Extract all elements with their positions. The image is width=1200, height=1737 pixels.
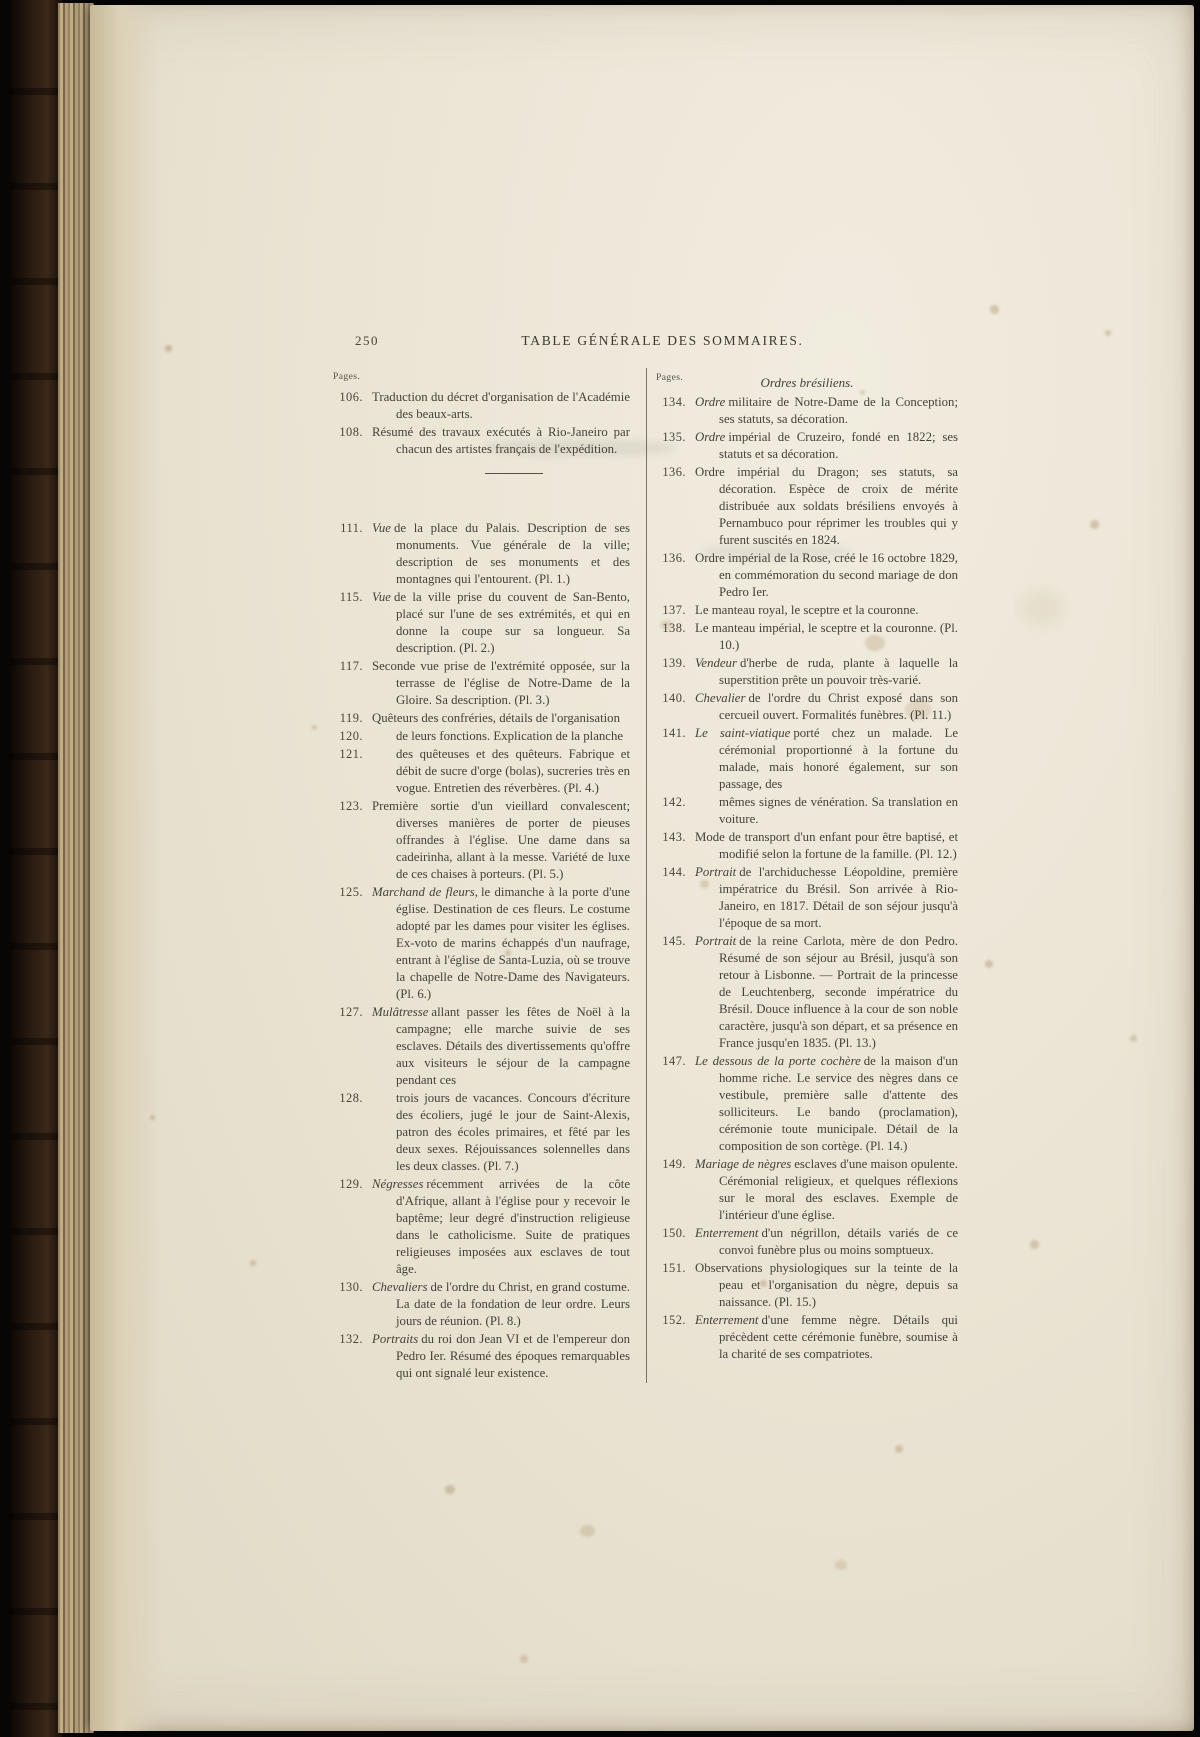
- entry-page-number: 127.: [333, 1004, 372, 1089]
- entry-body: mêmes signes de vénération. Sa translati…: [719, 795, 958, 826]
- toc-entry: 111. Vuede la place du Palais. Descripti…: [333, 520, 630, 588]
- entry-lead: Ordre: [695, 430, 725, 444]
- toc-entry: 142. mêmes signes de vénération. Sa tran…: [656, 794, 958, 828]
- entry-page-number: 145.: [656, 933, 695, 1052]
- toc-entry: 149. Mariage de nègresesclaves d'une mai…: [656, 1156, 958, 1224]
- entry-lead: Vendeur: [695, 656, 737, 670]
- toc-entry: 121. des quêteuses et des quêteurs. Fabr…: [333, 746, 630, 797]
- entry-body: de la ville prise du couvent de San-Bent…: [394, 590, 630, 655]
- stain: [1130, 1035, 1137, 1042]
- left-entries-top: 106. Traduction du décret d'organisation…: [333, 389, 630, 458]
- entry-text: Marchand de fleurs,le dimanche à la port…: [372, 884, 630, 1003]
- entry-body: de la maison d'un homme riche. Le servic…: [719, 1054, 958, 1153]
- right-column-header: Pages. Ordres brésiliens.: [656, 368, 958, 394]
- toc-entry: 127. Mulâtresseallant passer les fêtes d…: [333, 1004, 630, 1089]
- entry-lead: Vue: [372, 590, 391, 604]
- toc-entry: 145. Portraitde la reine Carlota, mère d…: [656, 933, 958, 1052]
- entry-text: Le saint-viatiqueporté chez un malade. L…: [695, 725, 958, 793]
- entry-body: Le manteau royal, le sceptre et la couro…: [695, 603, 918, 617]
- entry-page-number: 137.: [656, 602, 695, 619]
- entry-page-number: 152.: [656, 1312, 695, 1363]
- toc-entry: 134. Ordremilitaire de Notre-Dame de la …: [656, 394, 958, 428]
- entry-text: Ordre impérial de la Rose, créé le 16 oc…: [695, 550, 958, 601]
- entry-text: Quêteurs des confréries, détails de l'or…: [372, 710, 630, 727]
- entry-body: le dimanche à la porte d'une église. Des…: [396, 885, 630, 1001]
- entry-body: de l'archiduchesse Léopoldine, première …: [719, 865, 958, 930]
- entry-page-number: 115.: [333, 589, 372, 657]
- entry-page-number: 150.: [656, 1225, 695, 1259]
- entry-body: Observations physiologiques sur la teint…: [695, 1261, 958, 1309]
- entry-body: impérial de Cruzeiro, fondé en 1822; ses…: [719, 430, 958, 461]
- toc-entry: 132. Portraitsdu roi don Jean VI et de l…: [333, 1331, 630, 1382]
- entry-text: des quêteuses et des quêteurs. Fabrique …: [372, 746, 630, 797]
- entry-lead: Portrait: [695, 865, 736, 879]
- toc-entry: 136. Ordre impérial de la Rose, créé le …: [656, 550, 958, 601]
- toc-entry: 143. Mode de transport d'un enfant pour …: [656, 829, 958, 863]
- entry-body: de leurs fonctions. Explication de la pl…: [396, 729, 623, 743]
- entry-text: Le dessous de la porte cochèrede la mais…: [695, 1053, 958, 1155]
- page-header: 250 TABLE GÉNÉRALE DES SOMMAIRES.: [333, 323, 958, 366]
- entry-text: Le manteau impérial, le sceptre et la co…: [695, 620, 958, 654]
- stain: [150, 1115, 155, 1120]
- toc-entry: 144. Portraitde l'archiduchesse Léopoldi…: [656, 864, 958, 932]
- entry-body: Ordre impérial de la Rose, créé le 16 oc…: [695, 551, 958, 599]
- entry-page-number: 120.: [333, 728, 372, 745]
- entry-text: Observations physiologiques sur la teint…: [695, 1260, 958, 1311]
- entry-page-number: 106.: [333, 389, 372, 423]
- toc-entry: 151. Observations physiologiques sur la …: [656, 1260, 958, 1311]
- stain: [312, 725, 317, 730]
- toc-entry: 139. Vendeurd'herbe de ruda, plante à la…: [656, 655, 958, 689]
- entry-text: Le manteau royal, le sceptre et la couro…: [695, 602, 958, 619]
- entry-lead: Le saint-viatique: [695, 726, 790, 740]
- folio-number: 250: [355, 332, 379, 349]
- entry-text: Ordre impérial du Dragon; ses statuts, s…: [695, 464, 958, 549]
- entry-body: d'herbe de ruda, plante à laquelle la su…: [719, 656, 958, 687]
- stain: [1020, 590, 1064, 626]
- right-entries: 134. Ordremilitaire de Notre-Dame de la …: [656, 394, 958, 1363]
- toc-entry: 138. Le manteau impérial, le sceptre et …: [656, 620, 958, 654]
- toc-entry: 140. Chevalierde l'ordre du Christ expos…: [656, 690, 958, 724]
- entry-text: Vuede la place du Palais. Description de…: [372, 520, 630, 588]
- toc-entry: 130. Chevaliersde l'ordre du Christ, en …: [333, 1279, 630, 1330]
- toc-entry: 137. Le manteau royal, le sceptre et la …: [656, 602, 958, 619]
- toc-entry: 106. Traduction du décret d'organisation…: [333, 389, 630, 423]
- entry-text: Chevalierde l'ordre du Christ exposé dan…: [695, 690, 958, 724]
- entry-page-number: 125.: [333, 884, 372, 1003]
- toc-entry: 150. Enterrementd'un négrillon, détails …: [656, 1225, 958, 1259]
- entry-page-number: 141.: [656, 725, 695, 793]
- entry-text: Mode de transport d'un enfant pour être …: [695, 829, 958, 863]
- entry-page-number: 142.: [656, 794, 695, 828]
- left-column: Pages. 106. Traduction du décret d'organ…: [333, 368, 630, 1383]
- entry-body: de l'ordre du Christ, en grand costume. …: [396, 1280, 630, 1328]
- stain: [580, 1525, 595, 1537]
- running-title: TABLE GÉNÉRALE DES SOMMAIRES.: [333, 332, 958, 349]
- entry-body: Mode de transport d'un enfant pour être …: [695, 830, 958, 861]
- toc-entry: 152. Enterrementd'une femme nègre. Détai…: [656, 1312, 958, 1363]
- entry-lead: Mariage de nègres: [695, 1157, 791, 1171]
- entry-lead: Le dessous de la porte cochère: [695, 1054, 861, 1068]
- entry-page-number: 140.: [656, 690, 695, 724]
- entry-body: Seconde vue prise de l'extrémité opposée…: [372, 659, 630, 707]
- entry-body: militaire de Notre-Dame de la Conception…: [719, 395, 958, 426]
- entry-text: trois jours de vacances. Concours d'écri…: [372, 1090, 630, 1175]
- toc-entry: 136. Ordre impérial du Dragon; ses statu…: [656, 464, 958, 549]
- entry-text: Ordremilitaire de Notre-Dame de la Conce…: [695, 394, 958, 428]
- toc-entry: 135. Ordreimpérial de Cruzeiro, fondé en…: [656, 429, 958, 463]
- entry-page-number: 121.: [333, 746, 372, 797]
- entry-text: Chevaliersde l'ordre du Christ, en grand…: [372, 1279, 630, 1330]
- stain: [1090, 520, 1099, 529]
- entry-text: Mariage de nègresesclaves d'une maison o…: [695, 1156, 958, 1224]
- entry-body: de l'ordre du Christ exposé dans son cer…: [719, 691, 958, 722]
- stain: [985, 960, 993, 968]
- toc-entry: 117. Seconde vue prise de l'extrémité op…: [333, 658, 630, 709]
- toc-entry: 141. Le saint-viatiqueporté chez un mala…: [656, 725, 958, 793]
- entry-text: Enterrementd'une femme nègre. Détails qu…: [695, 1312, 958, 1363]
- entry-lead: Mulâtresse: [372, 1005, 428, 1019]
- entry-text: Portraitsdu roi don Jean VI et de l'empe…: [372, 1331, 630, 1382]
- toc-entry: 123. Première sortie d'un vieillard conv…: [333, 798, 630, 883]
- entry-body: Première sortie d'un vieillard convalesc…: [372, 799, 630, 881]
- entry-body: des quêteuses et des quêteurs. Fabrique …: [396, 747, 630, 795]
- entry-text: Mulâtresseallant passer les fêtes de Noë…: [372, 1004, 630, 1089]
- entry-page-number: 123.: [333, 798, 372, 883]
- entry-lead: Chevalier: [695, 691, 745, 705]
- entry-page-number: 139.: [656, 655, 695, 689]
- entry-page-number: 144.: [656, 864, 695, 932]
- entry-body: Ordre impérial du Dragon; ses statuts, s…: [695, 465, 958, 547]
- entry-body: Traduction du décret d'organisation de l…: [372, 390, 630, 421]
- entry-lead: Enterrement: [695, 1313, 759, 1327]
- entry-page-number: 135.: [656, 429, 695, 463]
- toc-entry: 125. Marchand de fleurs,le dimanche à la…: [333, 884, 630, 1003]
- entry-text: Enterrementd'un négrillon, détails varié…: [695, 1225, 958, 1259]
- entry-body: du roi don Jean VI et de l'empereur don …: [396, 1332, 630, 1380]
- entry-text: Traduction du décret d'organisation de l…: [372, 389, 630, 423]
- right-column: Pages. Ordres brésiliens. 134. Ordremili…: [656, 368, 958, 1383]
- section-rule: [485, 473, 543, 474]
- entry-text: de leurs fonctions. Explication de la pl…: [372, 728, 630, 745]
- entry-body: Le manteau impérial, le sceptre et la co…: [695, 621, 958, 652]
- entry-page-number: 119.: [333, 710, 372, 727]
- entry-page-number: 111.: [333, 520, 372, 588]
- column-divider: [646, 368, 647, 1383]
- toc-entry: 119. Quêteurs des confréries, détails de…: [333, 710, 630, 727]
- stain: [990, 305, 999, 314]
- entry-page-number: 117.: [333, 658, 372, 709]
- stain: [520, 1655, 528, 1663]
- entry-lead: Enterrement: [695, 1226, 759, 1240]
- stain: [1105, 330, 1111, 336]
- book-page: 250 TABLE GÉNÉRALE DES SOMMAIRES. Pages.…: [90, 5, 1194, 1731]
- page-content: 250 TABLE GÉNÉRALE DES SOMMAIRES. Pages.…: [333, 323, 958, 1383]
- pages-label-left: Pages.: [333, 368, 630, 385]
- entry-page-number: 143.: [656, 829, 695, 863]
- entry-text: Portraitde l'archiduchesse Léopoldine, p…: [695, 864, 958, 932]
- entry-page-number: 138.: [656, 620, 695, 654]
- entry-page-number: 147.: [656, 1053, 695, 1155]
- entry-page-number: 128.: [333, 1090, 372, 1175]
- entry-lead: Chevaliers: [372, 1280, 427, 1294]
- book-spine: [10, 0, 62, 1737]
- entry-page-number: 132.: [333, 1331, 372, 1382]
- entry-lead: Portraits: [372, 1332, 418, 1346]
- toc-entry: 128. trois jours de vacances. Concours d…: [333, 1090, 630, 1175]
- entry-text: Première sortie d'un vieillard convalesc…: [372, 798, 630, 883]
- entry-lead: Vue: [372, 521, 391, 535]
- entry-page-number: 108.: [333, 424, 372, 458]
- stain: [165, 345, 172, 352]
- entry-lead: Ordre: [695, 395, 725, 409]
- entry-lead: Marchand de fleurs,: [372, 885, 478, 899]
- entry-body: récemment arrivées de la côte d'Afrique,…: [396, 1177, 630, 1276]
- entry-page-number: 130.: [333, 1279, 372, 1330]
- entry-lead: Portrait: [695, 934, 736, 948]
- left-entries: 111. Vuede la place du Palais. Descripti…: [333, 520, 630, 1382]
- entry-text: Négressesrécemment arrivées de la côte d…: [372, 1176, 630, 1278]
- entry-text: Résumé des travaux exécutés à Rio-Janeir…: [372, 424, 630, 458]
- entry-body: de la reine Carlota, mère de don Pedro. …: [719, 934, 958, 1050]
- toc-entry: 129. Négressesrécemment arrivées de la c…: [333, 1176, 630, 1278]
- entry-text: Vendeurd'herbe de ruda, plante à laquell…: [695, 655, 958, 689]
- entry-body: trois jours de vacances. Concours d'écri…: [396, 1091, 630, 1173]
- toc-columns: Pages. 106. Traduction du décret d'organ…: [333, 368, 958, 1383]
- entry-text: Vuede la ville prise du couvent de San-B…: [372, 589, 630, 657]
- stain: [250, 1260, 256, 1266]
- entry-text: Seconde vue prise de l'extrémité opposée…: [372, 658, 630, 709]
- stain: [895, 1445, 903, 1453]
- toc-entry: 147. Le dessous de la porte cochèrede la…: [656, 1053, 958, 1155]
- entry-page-number: 151.: [656, 1260, 695, 1311]
- section-heading: Ordres brésiliens.: [656, 374, 958, 391]
- entry-page-number: 129.: [333, 1176, 372, 1278]
- gutter-shadow: [90, 5, 162, 1731]
- stacked-page-edges: [58, 3, 94, 1733]
- entry-text: mêmes signes de vénération. Sa translati…: [695, 794, 958, 828]
- toc-entry: 115. Vuede la ville prise du couvent de …: [333, 589, 630, 657]
- entry-page-number: 134.: [656, 394, 695, 428]
- stain: [835, 1560, 847, 1570]
- entry-text: Portraitde la reine Carlota, mère de don…: [695, 933, 958, 1052]
- entry-body: Quêteurs des confréries, détails de l'or…: [372, 711, 620, 725]
- entry-page-number: 136.: [656, 550, 695, 601]
- stain: [445, 1485, 455, 1494]
- entry-text: Ordreimpérial de Cruzeiro, fondé en 1822…: [695, 429, 958, 463]
- toc-entry: 108. Résumé des travaux exécutés à Rio-J…: [333, 424, 630, 458]
- entry-body: Résumé des travaux exécutés à Rio-Janeir…: [372, 425, 630, 456]
- entry-lead: Négresses: [372, 1177, 423, 1191]
- entry-body: de la place du Palais. Description de se…: [394, 521, 630, 586]
- toc-entry: 120. de leurs fonctions. Explication de …: [333, 728, 630, 745]
- entry-page-number: 149.: [656, 1156, 695, 1224]
- entry-body: allant passer les fêtes de Noël à la cam…: [396, 1005, 630, 1087]
- stain: [1030, 1240, 1039, 1249]
- entry-page-number: 136.: [656, 464, 695, 549]
